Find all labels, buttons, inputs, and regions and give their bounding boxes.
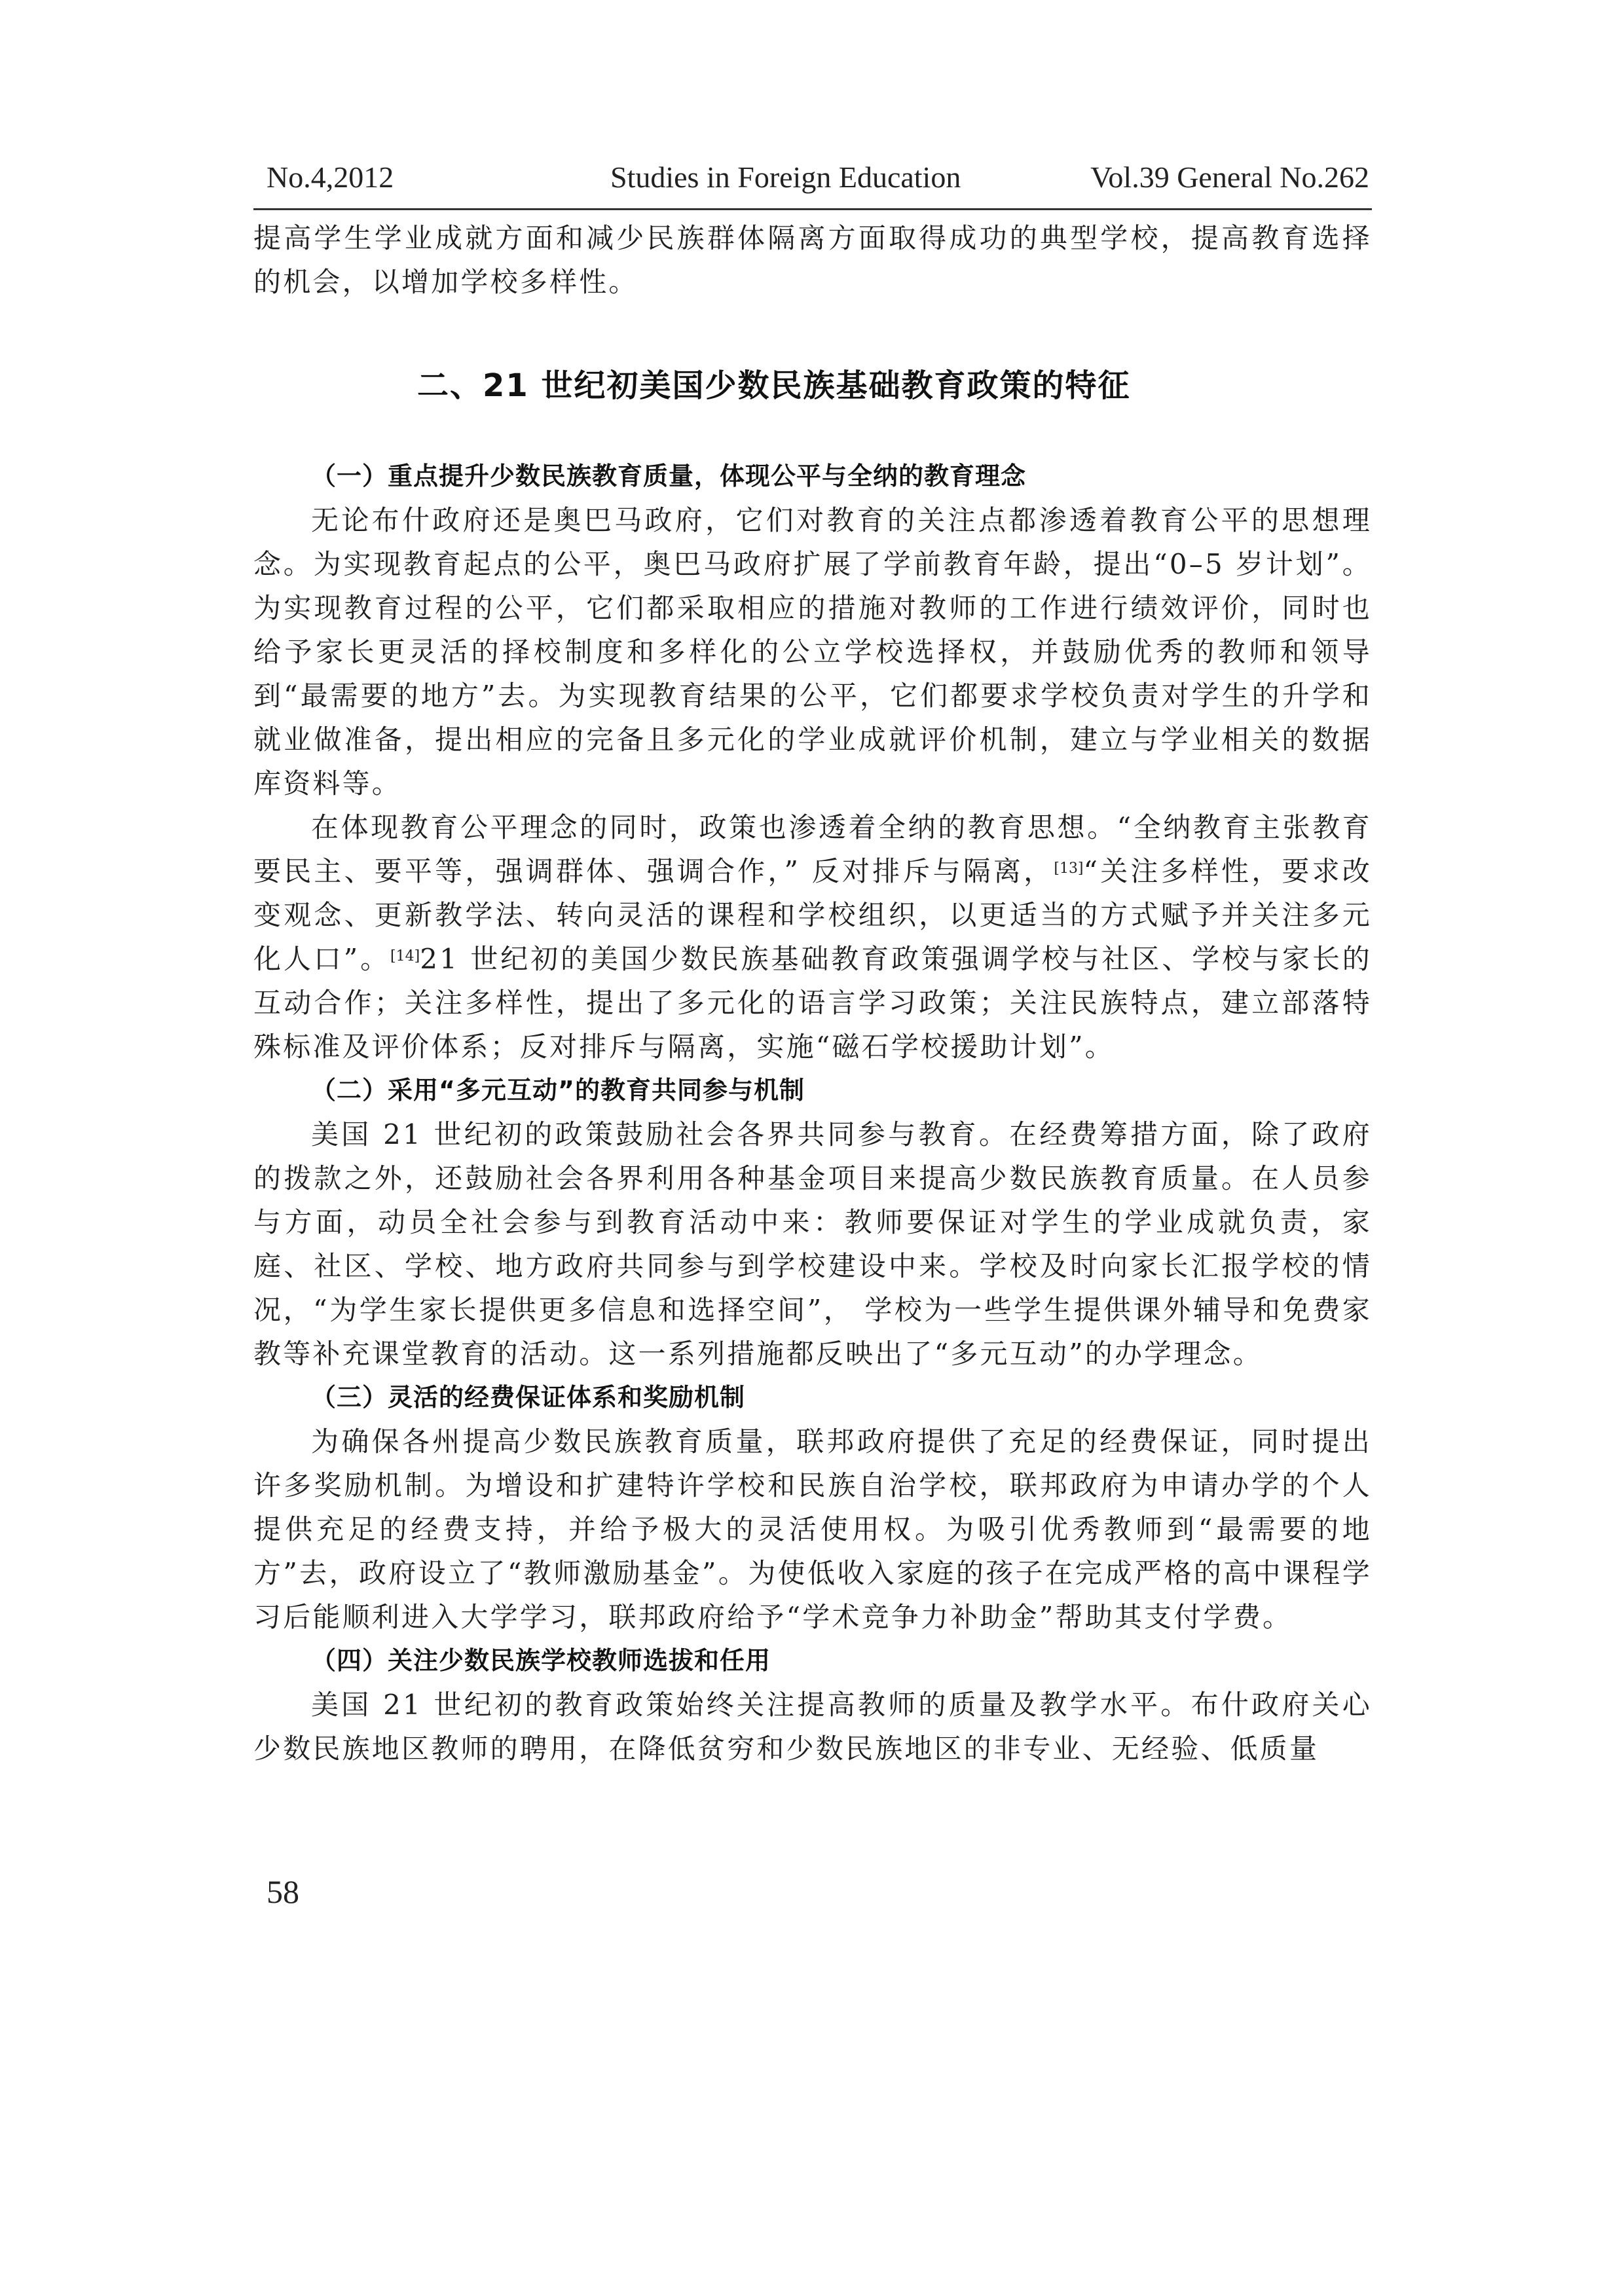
carryover-paragraph: 提高学生学业成就方面和减少民族群体隔离方面取得成功的典型学校，提高教育选择的机会…	[253, 216, 1372, 304]
page-number: 58	[267, 1873, 299, 1911]
issue-number: No.4,2012	[267, 160, 394, 194]
paragraph: 美国 21 世纪初的政策鼓励社会各界共同参与教育。在经费筹措方面，除了政府的拨款…	[253, 1112, 1372, 1376]
paragraph-with-citations: 在体现教育公平理念的同时，政策也渗透着全纳的教育思想。“全纳教育主张教育要民主、…	[253, 805, 1372, 1069]
subsection-heading-1: （一）重点提升少数民族教育质量，体现公平与全纳的教育理念	[253, 454, 1372, 498]
volume-info: Vol.39 General No.262	[1090, 160, 1369, 194]
subsection-heading-3: （三）灵活的经费保证体系和奖励机制	[253, 1376, 1372, 1420]
journal-title: Studies in Foreign Education	[610, 160, 961, 194]
running-head: No.4,2012 Studies in Foreign Education V…	[253, 160, 1372, 199]
header-rule	[253, 208, 1372, 210]
section-title: 二、21 世纪初美国少数民族基础教育政策的特征	[417, 363, 1372, 409]
paragraph: 为确保各州提高少数民族教育质量，联邦政府提供了充足的经费保证，同时提出许多奖励机…	[253, 1420, 1372, 1639]
article-body: 提高学生学业成就方面和减少民族群体隔离方面取得成功的典型学校，提高教育选择的机会…	[253, 216, 1372, 1771]
paragraph: 无论布什政府还是奥巴马政府，它们对教育的关注点都渗透着教育公平的思想理念。为实现…	[253, 498, 1372, 805]
citation-14: [14]	[390, 948, 420, 964]
citation-13: [13]	[1054, 860, 1083, 877]
subsection-heading-4: （四）关注少数民族学校教师选拔和任用	[253, 1639, 1372, 1683]
subsection-heading-2: （二）采用“多元互动”的教育共同参与机制	[253, 1069, 1372, 1112]
paragraph: 美国 21 世纪初的教育政策始终关注提高教师的质量及教学水平。布什政府关心少数民…	[253, 1683, 1372, 1771]
paragraph-text: 21 世纪初的美国少数民族基础教育政策强调学校与社区、学校与家长的互动合作；关注…	[253, 943, 1372, 1063]
